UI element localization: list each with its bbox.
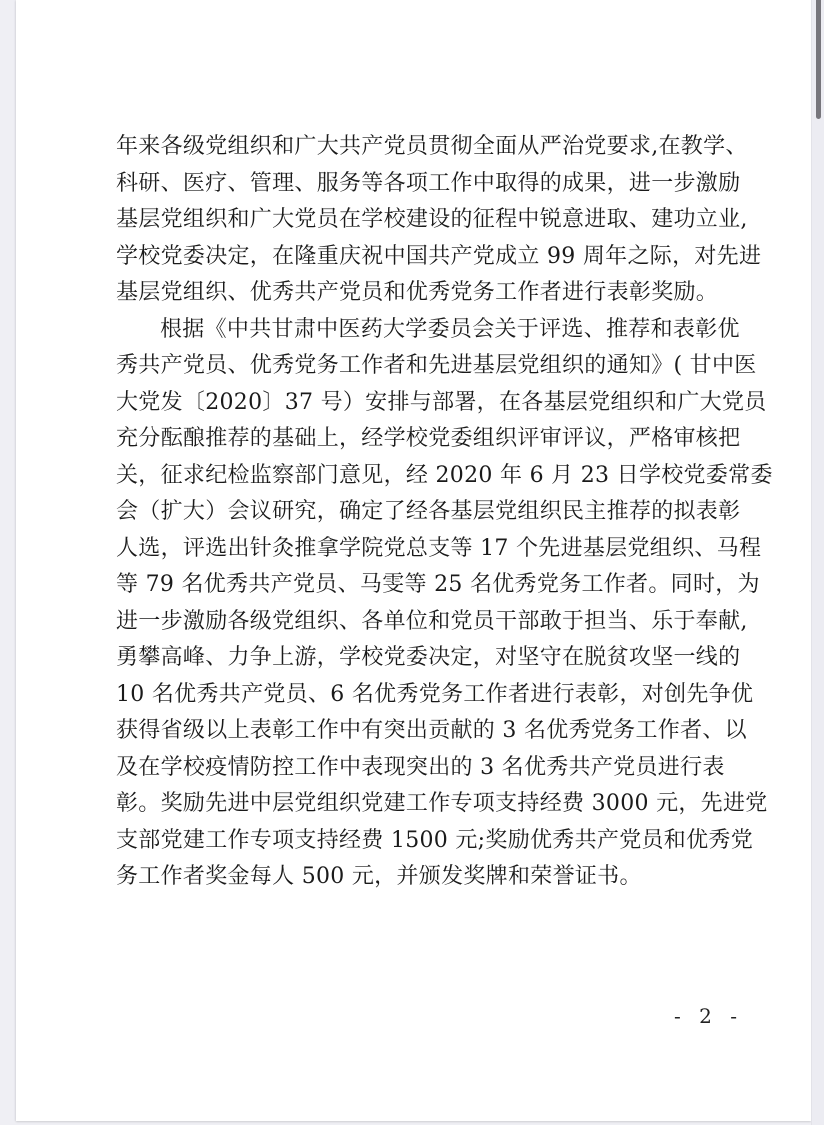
text-line: 获得省级以上表彰工作中有突出贡献的 3 名优秀党务工作者、以 xyxy=(116,713,707,750)
text-line: 年来各级党组织和广大共产党员贯彻全面从严治党要求,在教学、 xyxy=(116,129,707,166)
text-line: 基层党组织、优秀共产党员和优秀党务工作者进行表彰奖励。 xyxy=(116,275,707,312)
text-line: 支部党建工作专项支持经费 1500 元;奖励优秀共产党员和优秀党 xyxy=(116,823,707,860)
text-line: 秀共产党员、优秀党务工作者和先进基层党组织的通知》( 甘中医 xyxy=(116,348,707,385)
text-line: 基层党组织和广大党员在学校建设的征程中锐意进取、建功立业, xyxy=(116,202,707,239)
paragraph-first-line: 根据《中共甘肃中医药大学委员会关于评选、推荐和表彰优 xyxy=(116,312,707,349)
text-line: 等 79 名优秀共产党员、马雯等 25 名优秀党务工作者。同时，为 xyxy=(116,567,707,604)
text-line: 科研、医疗、管理、服务等各项工作中取得的成果，进一步激励 xyxy=(116,166,707,203)
page-number: - 2 - xyxy=(674,1004,743,1028)
text-line: 勇攀高峰、力争上游，学校党委决定，对坚守在脱贫攻坚一线的 xyxy=(116,640,707,677)
text-line: 10 名优秀共产党员、6 名优秀党务工作者进行表彰，对创先争优 xyxy=(116,677,707,714)
text-line: 大党发〔2020〕37 号）安排与部署，在各基层党组织和广大党员 xyxy=(116,385,707,422)
scrollbar-track[interactable] xyxy=(811,0,824,1125)
text-line: 务工作者奖金每人 500 元，并颁发奖牌和荣誉证书。 xyxy=(116,859,707,896)
text-line: 学校党委决定，在隆重庆祝中国共产党成立 99 周年之际，对先进 xyxy=(116,239,707,276)
text-line: 进一步激励各级党组织、各单位和党员干部敢于担当、乐于奉献, xyxy=(116,604,707,641)
text-line: 人选，评选出针灸推拿学院党总支等 17 个先进基层党组织、马程 xyxy=(116,531,707,568)
text-line: 彰。奖励先进中层党组织党建工作专项支持经费 3000 元，先进党 xyxy=(116,786,707,823)
scrollbar-thumb[interactable] xyxy=(816,0,821,119)
text-line: 会（扩大）会议研究，确定了经各基层党组织民主推荐的拟表彰 xyxy=(116,494,707,531)
document-page: 年来各级党组织和广大共产党员贯彻全面从严治党要求,在教学、 科研、医疗、管理、服… xyxy=(16,0,811,1121)
text-line: 及在学校疫情防控工作中表现突出的 3 名优秀共产党员进行表 xyxy=(116,750,707,787)
text-line: 充分酝酿推荐的基础上，经学校党委组织评审评议，严格审核把 xyxy=(116,421,707,458)
text-line: 关，征求纪检监察部门意见，经 2020 年 6 月 23 日学校党委常委 xyxy=(116,458,707,495)
document-body: 年来各级党组织和广大共产党员贯彻全面从严治党要求,在教学、 科研、医疗、管理、服… xyxy=(116,129,707,896)
